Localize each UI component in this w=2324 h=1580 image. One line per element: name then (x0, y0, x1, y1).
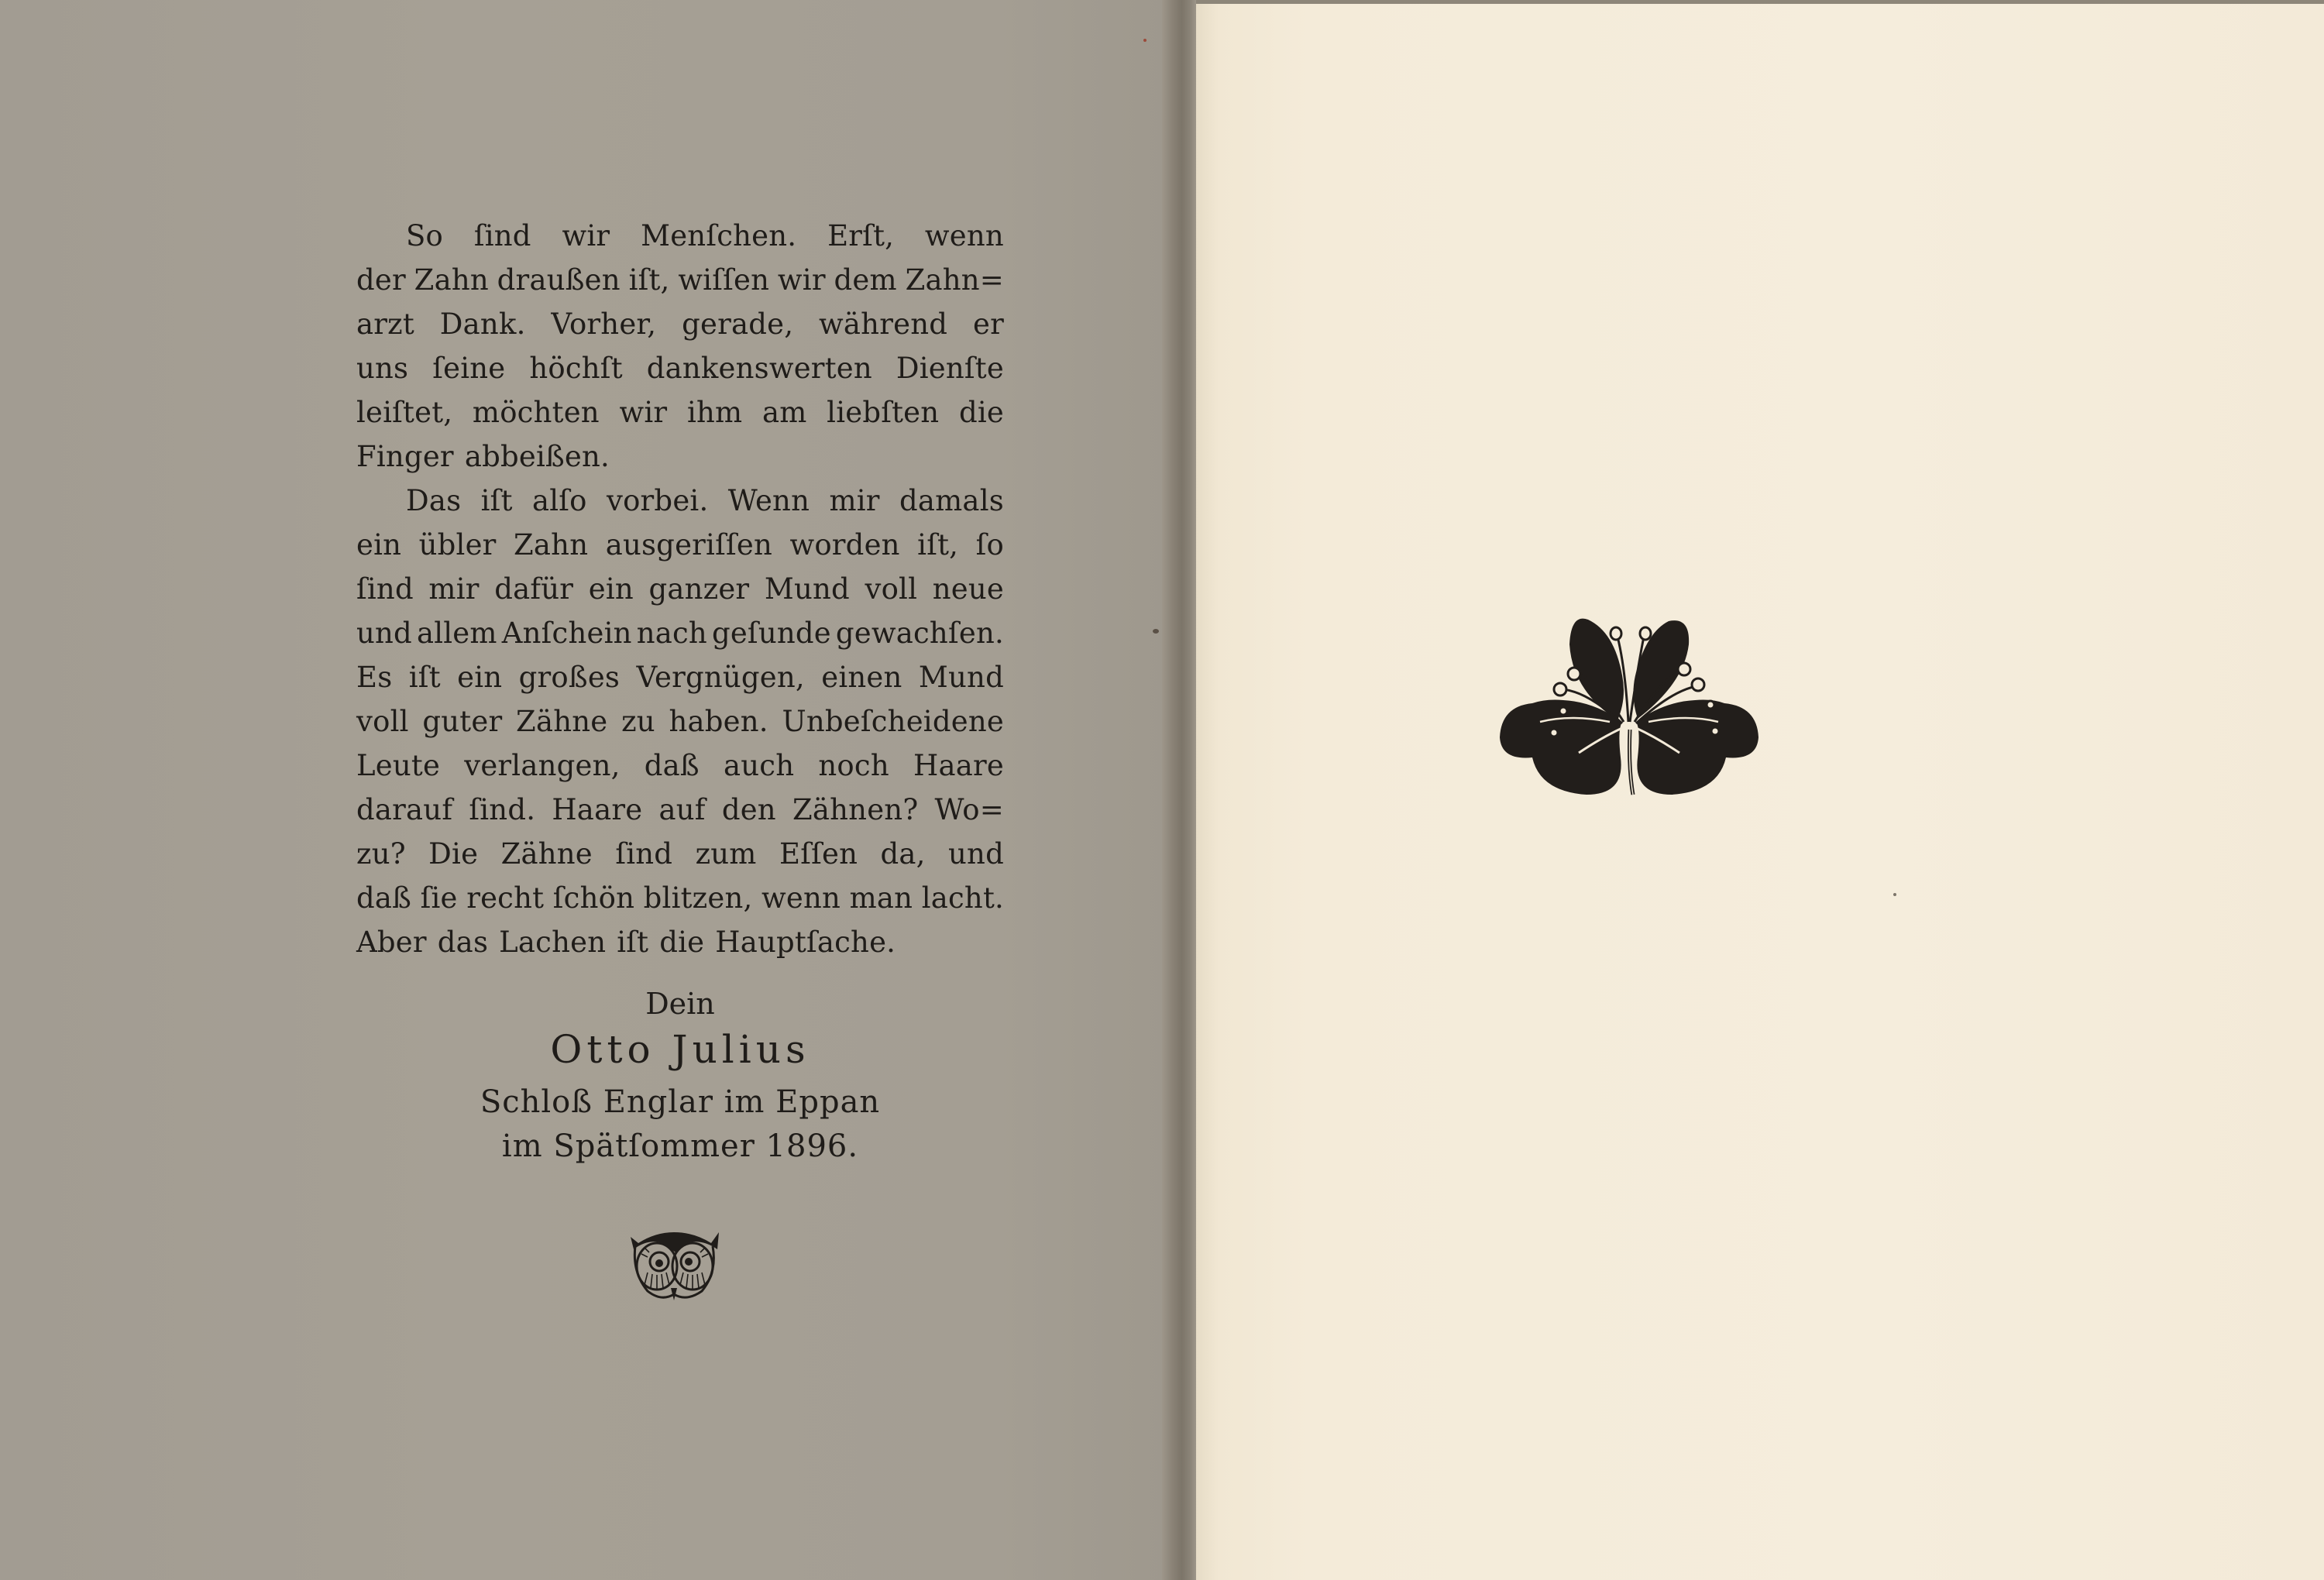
word: Zahn= (906, 258, 1004, 302)
word: iſt, (629, 258, 670, 302)
word: liebſten (827, 390, 939, 434)
text-line: Dasiſtalſovorbei.Wennmirdamals (356, 479, 1004, 523)
word: Vergnügen, (636, 655, 804, 699)
word: ein (356, 523, 401, 567)
word: die (659, 920, 704, 964)
body-text: SoſindwirMenſchen.Erſt,wenn derZahndrauß… (356, 214, 1004, 964)
word: Wenn (728, 479, 810, 523)
word: ſind (474, 214, 531, 258)
text-line: einüblerZahnausgeriſſenwordeniſt,ſo (356, 523, 1004, 567)
word: die (959, 390, 1004, 434)
word: abbeißen. (465, 434, 610, 479)
text-line: leiſtet,möchtenwirihmamliebſtendie (356, 390, 1004, 434)
word: daß (645, 744, 700, 788)
word: Dienſte (896, 346, 1004, 390)
word: damals (899, 479, 1004, 523)
word: Hauptſache. (715, 920, 896, 964)
word: zum (696, 832, 757, 876)
word: wir (620, 390, 668, 434)
word: nach (637, 611, 707, 655)
word: Zahn (514, 523, 588, 567)
word: Haare (913, 744, 1004, 788)
word: geſunde (712, 611, 831, 655)
word: Erſt, (827, 214, 894, 258)
word: dem (834, 258, 897, 302)
signature-salutation: Dein (356, 987, 1004, 1021)
text-line: SoſindwirMenſchen.Erſt,wenn (356, 214, 1004, 258)
word: Aber (356, 920, 427, 964)
word: guter (422, 699, 502, 744)
word: Finger (356, 434, 454, 479)
word: auch (724, 744, 794, 788)
word: möchten (473, 390, 600, 434)
word: Leute (356, 744, 440, 788)
word: Mund (919, 655, 1004, 699)
signature-name: Otto Julius (356, 1027, 1004, 1072)
word: allem (417, 611, 497, 655)
word: neue (933, 567, 1004, 611)
word: Zähne (516, 699, 607, 744)
word: iſt (481, 479, 513, 523)
word: gerade, (682, 302, 793, 346)
word: auf (658, 788, 705, 832)
word: wiſſen (678, 258, 769, 302)
word: das (438, 920, 488, 964)
word: zu (621, 699, 655, 744)
paper-speck (1153, 629, 1159, 634)
word: arzt (356, 302, 414, 346)
word: mir (428, 567, 479, 611)
word: darauf (356, 788, 452, 832)
text-line: ſindmirdafüreinganzerMundvollneue (356, 567, 1004, 611)
word: übler (419, 523, 497, 567)
word: dafür (494, 567, 573, 611)
word: und (948, 832, 1004, 876)
word: gewachſen. (836, 611, 1004, 655)
text-line: Leuteverlangen,daßauchnochHaare (356, 744, 1004, 788)
word: zu? (356, 832, 406, 876)
word: Zähnen? (792, 788, 918, 832)
word: lacht. (922, 876, 1004, 920)
word: alſo (532, 479, 587, 523)
word: wir (562, 214, 610, 258)
word: Dank. (440, 302, 526, 346)
word: worden (789, 523, 899, 567)
word: uns (356, 346, 408, 390)
word: und (356, 611, 412, 655)
paper-speck (1143, 39, 1147, 42)
word: mir (829, 479, 879, 523)
word: ſind. (469, 788, 535, 832)
word: Menſchen. (641, 214, 796, 258)
word: Haare (552, 788, 642, 832)
word: man (850, 876, 913, 920)
word: ſie (421, 876, 458, 920)
word: Lachen (499, 920, 606, 964)
text-line: vollguterZähnezuhaben.Unbeſcheidene (356, 699, 1004, 744)
word: draußen (497, 258, 621, 302)
word: einen (821, 655, 902, 699)
word: vorbei. (607, 479, 708, 523)
word: Eſſen (779, 832, 858, 876)
signature-date: im Spätſommer 1896. (356, 1128, 1004, 1164)
word: ein (589, 567, 634, 611)
word: großes (519, 655, 620, 699)
text-line: EsiſteingroßesVergnügen,einenMund (356, 655, 1004, 699)
word: ſeine (432, 346, 505, 390)
word: verlangen, (464, 744, 620, 788)
word: blitzen, (644, 876, 753, 920)
text-line: daßſierechtſchönblitzen,wennmanlacht. (356, 876, 1004, 920)
word: den (722, 788, 776, 832)
word: ſind (615, 832, 672, 876)
word: Wo= (935, 788, 1004, 832)
word: er (973, 302, 1004, 346)
signature-place: Schloß Englar im Eppan (356, 1084, 1004, 1120)
right-page (1196, 4, 2324, 1580)
word: So (406, 214, 443, 258)
word: ſo (976, 523, 1004, 567)
word: voll (865, 567, 917, 611)
word: iſt, (917, 523, 958, 567)
word: noch (818, 744, 889, 788)
word: Vorher, (551, 302, 656, 346)
word: am (762, 390, 807, 434)
word: Unbeſcheidene (782, 699, 1003, 744)
word: haben. (669, 699, 768, 744)
book-spread: SoſindwirMenſchen.Erſt,wenn derZahndrauß… (0, 0, 2324, 1580)
book-gutter (1162, 0, 1198, 1580)
text-line: arztDank.Vorher,gerade,währender (356, 302, 1004, 346)
word: ihm (687, 390, 742, 434)
text-line: daraufſind.HaareaufdenZähnen?Wo= (356, 788, 1004, 832)
word: wenn (925, 214, 1004, 258)
word: während (819, 302, 947, 346)
word: ſind (356, 567, 414, 611)
word: Das (406, 479, 461, 523)
word: ausgeriſſen (606, 523, 772, 567)
paper-speck (1893, 893, 1896, 896)
text-line: derZahndraußeniſt,wiſſenwirdemZahn= (356, 258, 1004, 302)
word: Die (428, 832, 478, 876)
word: Es (356, 655, 392, 699)
text-line: zu?DieZähneſindzumEſſenda,und (356, 832, 1004, 876)
word: Mund (765, 567, 850, 611)
left-page: SoſindwirMenſchen.Erſt,wenn derZahndrauß… (0, 0, 1171, 1580)
text-line: AberdasLacheniſtdieHauptſache. (356, 920, 1004, 964)
word: Zähne (501, 832, 593, 876)
word: iſt (617, 920, 648, 964)
word: Zahn (414, 258, 489, 302)
word: Anſchein (502, 611, 632, 655)
word: leiſtet, (356, 390, 452, 434)
word: dankenswerten (647, 346, 872, 390)
word: ein (457, 655, 502, 699)
word: daß (356, 876, 411, 920)
word: ſchön (553, 876, 634, 920)
text-line: undallemAnſcheinnachgeſundegewachſen. (356, 611, 1004, 655)
word: wir (778, 258, 826, 302)
flower-icon (1486, 606, 1772, 804)
text-line: Fingerabbeißen. (356, 434, 1004, 479)
word: da, (881, 832, 926, 876)
word: recht (466, 876, 544, 920)
word: voll (356, 699, 409, 744)
word: der (356, 258, 406, 302)
word: wenn (761, 876, 841, 920)
word: höchſt (529, 346, 622, 390)
word: ganzer (648, 567, 749, 611)
word: iſt (409, 655, 441, 699)
text-line: unsſeinehöchſtdankenswertenDienſte (356, 346, 1004, 390)
owl-icon (624, 1226, 725, 1303)
